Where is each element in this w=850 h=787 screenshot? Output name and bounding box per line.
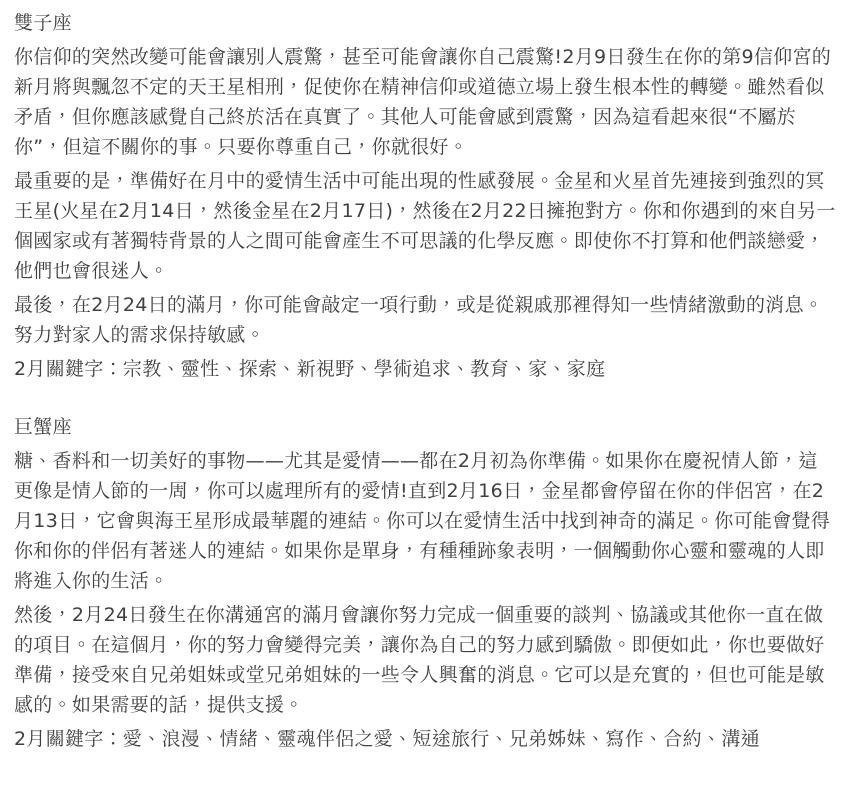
section-gemini: 雙子座 你信仰的突然改變可能會讓別人震驚，甚至可能會讓你自己震驚!2月9日發生在… [14,8,836,384]
section-cancer: 巨蟹座 糖、香料和一切美好的事物——尤其是愛情——都在2月初為你準備。如果你在慶… [14,412,836,754]
gemini-keywords-line: 2月關鍵字：宗教、靈性、探索、新視野、學術追求、教育、家、家庭 [14,354,836,384]
cancer-paragraph-1: 糖、香料和一切美好的事物——尤其是愛情——都在2月初為你準備。如果你在慶祝情人節… [14,446,836,596]
horoscope-article: 雙子座 你信仰的突然改變可能會讓別人震驚，甚至可能會讓你自己震驚!2月9日發生在… [0,0,850,778]
gemini-paragraph-1: 你信仰的突然改變可能會讓別人震驚，甚至可能會讓你自己震驚!2月9日發生在你的第9… [14,42,836,162]
zodiac-title-cancer: 巨蟹座 [14,412,836,442]
gemini-paragraph-2: 最重要的是，準備好在月中的愛情生活中可能出現的性感發展。金星和火星首先連接到強烈… [14,166,836,286]
cancer-keywords-line: 2月關鍵字：愛、浪漫、情緒、靈魂伴侶之愛、短途旅行、兄弟姊妹、寫作、合約、溝通 [14,724,836,754]
cancer-paragraph-2: 然後，2月24日發生在你溝通宮的滿月會讓你努力完成一個重要的談判、協議或其他你一… [14,600,836,720]
zodiac-title-gemini: 雙子座 [14,8,836,38]
gemini-paragraph-3: 最後，在2月24日的滿月，你可能會敲定一項行動，或是從親戚那裡得知一些情緒激動的… [14,290,836,350]
